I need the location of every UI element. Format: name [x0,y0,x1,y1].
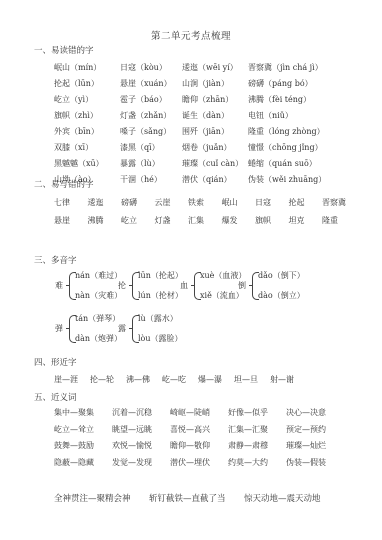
synonym-pair: 约莫—大约 [228,457,268,469]
vocab-item: 抡起（lūn） [54,78,99,90]
vocab-item: 逶迤（wēi yí） [182,62,238,74]
reading-2: lún（抡材） [138,291,183,301]
vocab-item: 外宾（bīn） [54,126,99,138]
similar-pair: 爆—瀑 [198,374,222,386]
word-item: 旗帜 [255,215,271,227]
synonym-pair: 喜悦—高兴 [170,424,210,436]
vocab-item: 磅礴（páng bó） [248,78,313,90]
synonym-pair: 集中—聚集 [54,407,94,419]
word-item: 沸腾 [88,215,104,227]
synonym-pair: 沉着—沉稳 [112,407,152,419]
idiom-pair: 斩钉截铁—直截了当 [149,492,226,504]
word-item: 逶迤 [88,197,104,209]
word-item: 抡起 [289,197,305,209]
vocab-item: 蜷缩（quán suō） [248,158,317,170]
synonym-pair: 眺望—远眺 [112,424,152,436]
vocab-item: 嗓子（sǎng） [120,126,171,138]
polyphone-char: 露 [118,324,126,334]
word-item: 岷山 [222,197,238,209]
similar-pair: 沸—佛 [126,374,150,386]
synonym-pair: 潜伏—埋伏 [170,457,210,469]
word-item: 悬崖 [54,215,70,227]
polyphone-char: 抡 [118,281,126,291]
vocab-item: 憧憬（chōng jǐng） [248,142,323,154]
reading-2: xiě（流血） [200,291,244,301]
vocab-item: 岷山（mín） [54,62,101,74]
vocab-item: 黑魆魆（xū） [54,158,104,170]
synonym-pair: 隐蔽—隐藏 [54,457,94,469]
word-item: 晋察冀 [322,197,346,209]
vocab-item: 沸腾（fèi téng） [248,94,311,106]
synonym-pair: 屹立—耸立 [54,424,94,436]
word-item: 磅礴 [121,197,137,209]
word-item: 隆重 [322,215,338,227]
word-item: 灯盏 [155,215,171,227]
polyphone-char: 血 [180,281,188,291]
idiom-pair: 全神贯注—聚精会神 [54,492,131,504]
reading-2: dào（倒立） [258,291,305,301]
word-item: 汇集 [188,215,204,227]
vocab-item: 隆重（lóng zhòng） [248,126,325,138]
word-item: 屹立 [121,215,137,227]
reading-2: nàn（灾难） [75,291,122,301]
vocab-item: 漆黑（qī） [120,142,160,154]
similar-pair: 射—谢 [270,374,294,386]
polyphone-char: 倒 [238,281,246,291]
synonym-pair: 璀璨—灿烂 [286,440,326,452]
section-heading-polyphones: 三、多音字 [34,254,77,266]
vocab-item: 干涸（hé） [120,174,162,186]
vocab-item: 悬崖（xuán） [120,78,172,90]
vocab-item: 雹子（báo） [120,94,167,106]
word-item: 铁索 [188,197,204,209]
synonym-pair: 伪装—假装 [286,457,326,469]
vocab-item: 日寇（kòu） [120,62,167,74]
synonym-pair: 好像—似乎 [228,407,268,419]
reading-1: tán（弹琴） [75,314,120,324]
polyphone-char: 弹 [55,324,63,334]
vocab-item: 晋察冀（jìn chá jì） [248,62,323,74]
synonym-pair: 瞻仰—敬仰 [170,440,210,452]
reading-1: lūn（抡起） [138,271,183,281]
word-item: 云崖 [155,197,171,209]
reading-1: nán（难过） [75,271,122,281]
vocab-item: 电钮（niǔ） [248,110,293,122]
vocab-item: 山涧（jiàn） [182,78,229,90]
vocab-item: 围歼（jiān） [182,126,229,138]
reading-1: dǎo（倒下） [258,271,305,281]
reading-2: lòu（露脸） [138,334,183,344]
synonym-pair: 预定—预约 [286,424,326,436]
vocab-item: 诞生（dàn） [182,110,229,122]
synonym-pair: 汇集—汇聚 [228,424,268,436]
section-heading-synonyms: 五、近义词 [34,391,77,403]
section-heading-similar-chars: 四、形近字 [34,356,77,368]
vocab-item: 双膝（xī） [54,142,93,154]
synonym-pair: 崎岖—陡峭 [170,407,210,419]
synonym-pair: 鼓舞—鼓励 [54,440,94,452]
vocab-item: 灯盏（zhǎn） [120,110,171,122]
vocab-item: 烟卷（juǎn） [182,142,232,154]
reading-1: lù（露水） [138,314,178,324]
word-item: 七律 [54,197,70,209]
similar-pair: 坦—旦 [234,374,258,386]
reading-2: dàn（炮弹） [75,334,122,344]
similar-pair: 屹—吃 [162,374,186,386]
section-heading-miswritten: 二、易写错的字 [34,178,94,190]
synonym-pair: 决心—决意 [286,407,326,419]
vocab-item: 瞻仰（zhān） [182,94,233,106]
word-item: 爆发 [222,215,238,227]
reading-1: xuè（血液） [200,271,246,281]
vocab-item: 璀璨（cuǐ càn） [182,158,243,170]
vocab-item: 潜伏（qián） [182,174,232,186]
word-item: 日寇 [255,197,271,209]
vocab-item: 暴露（lù） [120,158,160,170]
vocab-item: 屹立（yì） [54,94,93,106]
synonym-pair: 肃静—肃穆 [228,440,268,452]
polyphone-char: 难 [55,281,63,291]
vocab-item: 旗帜（zhì） [54,110,98,122]
synonym-pair: 欢悦—愉悦 [112,440,152,452]
vocab-item: 伪装（wěi zhuāng） [248,174,326,186]
idiom-pair: 惊天动地—震天动地 [244,492,321,504]
similar-pair: 抡—轮 [90,374,114,386]
section-heading-misread: 一、易读错的字 [34,44,94,56]
page-title: 第二单元考点梳理 [0,28,382,42]
word-item: 坦克 [289,215,305,227]
similar-pair: 崖—涯 [54,374,78,386]
synonym-pair: 发觉—发现 [112,457,152,469]
